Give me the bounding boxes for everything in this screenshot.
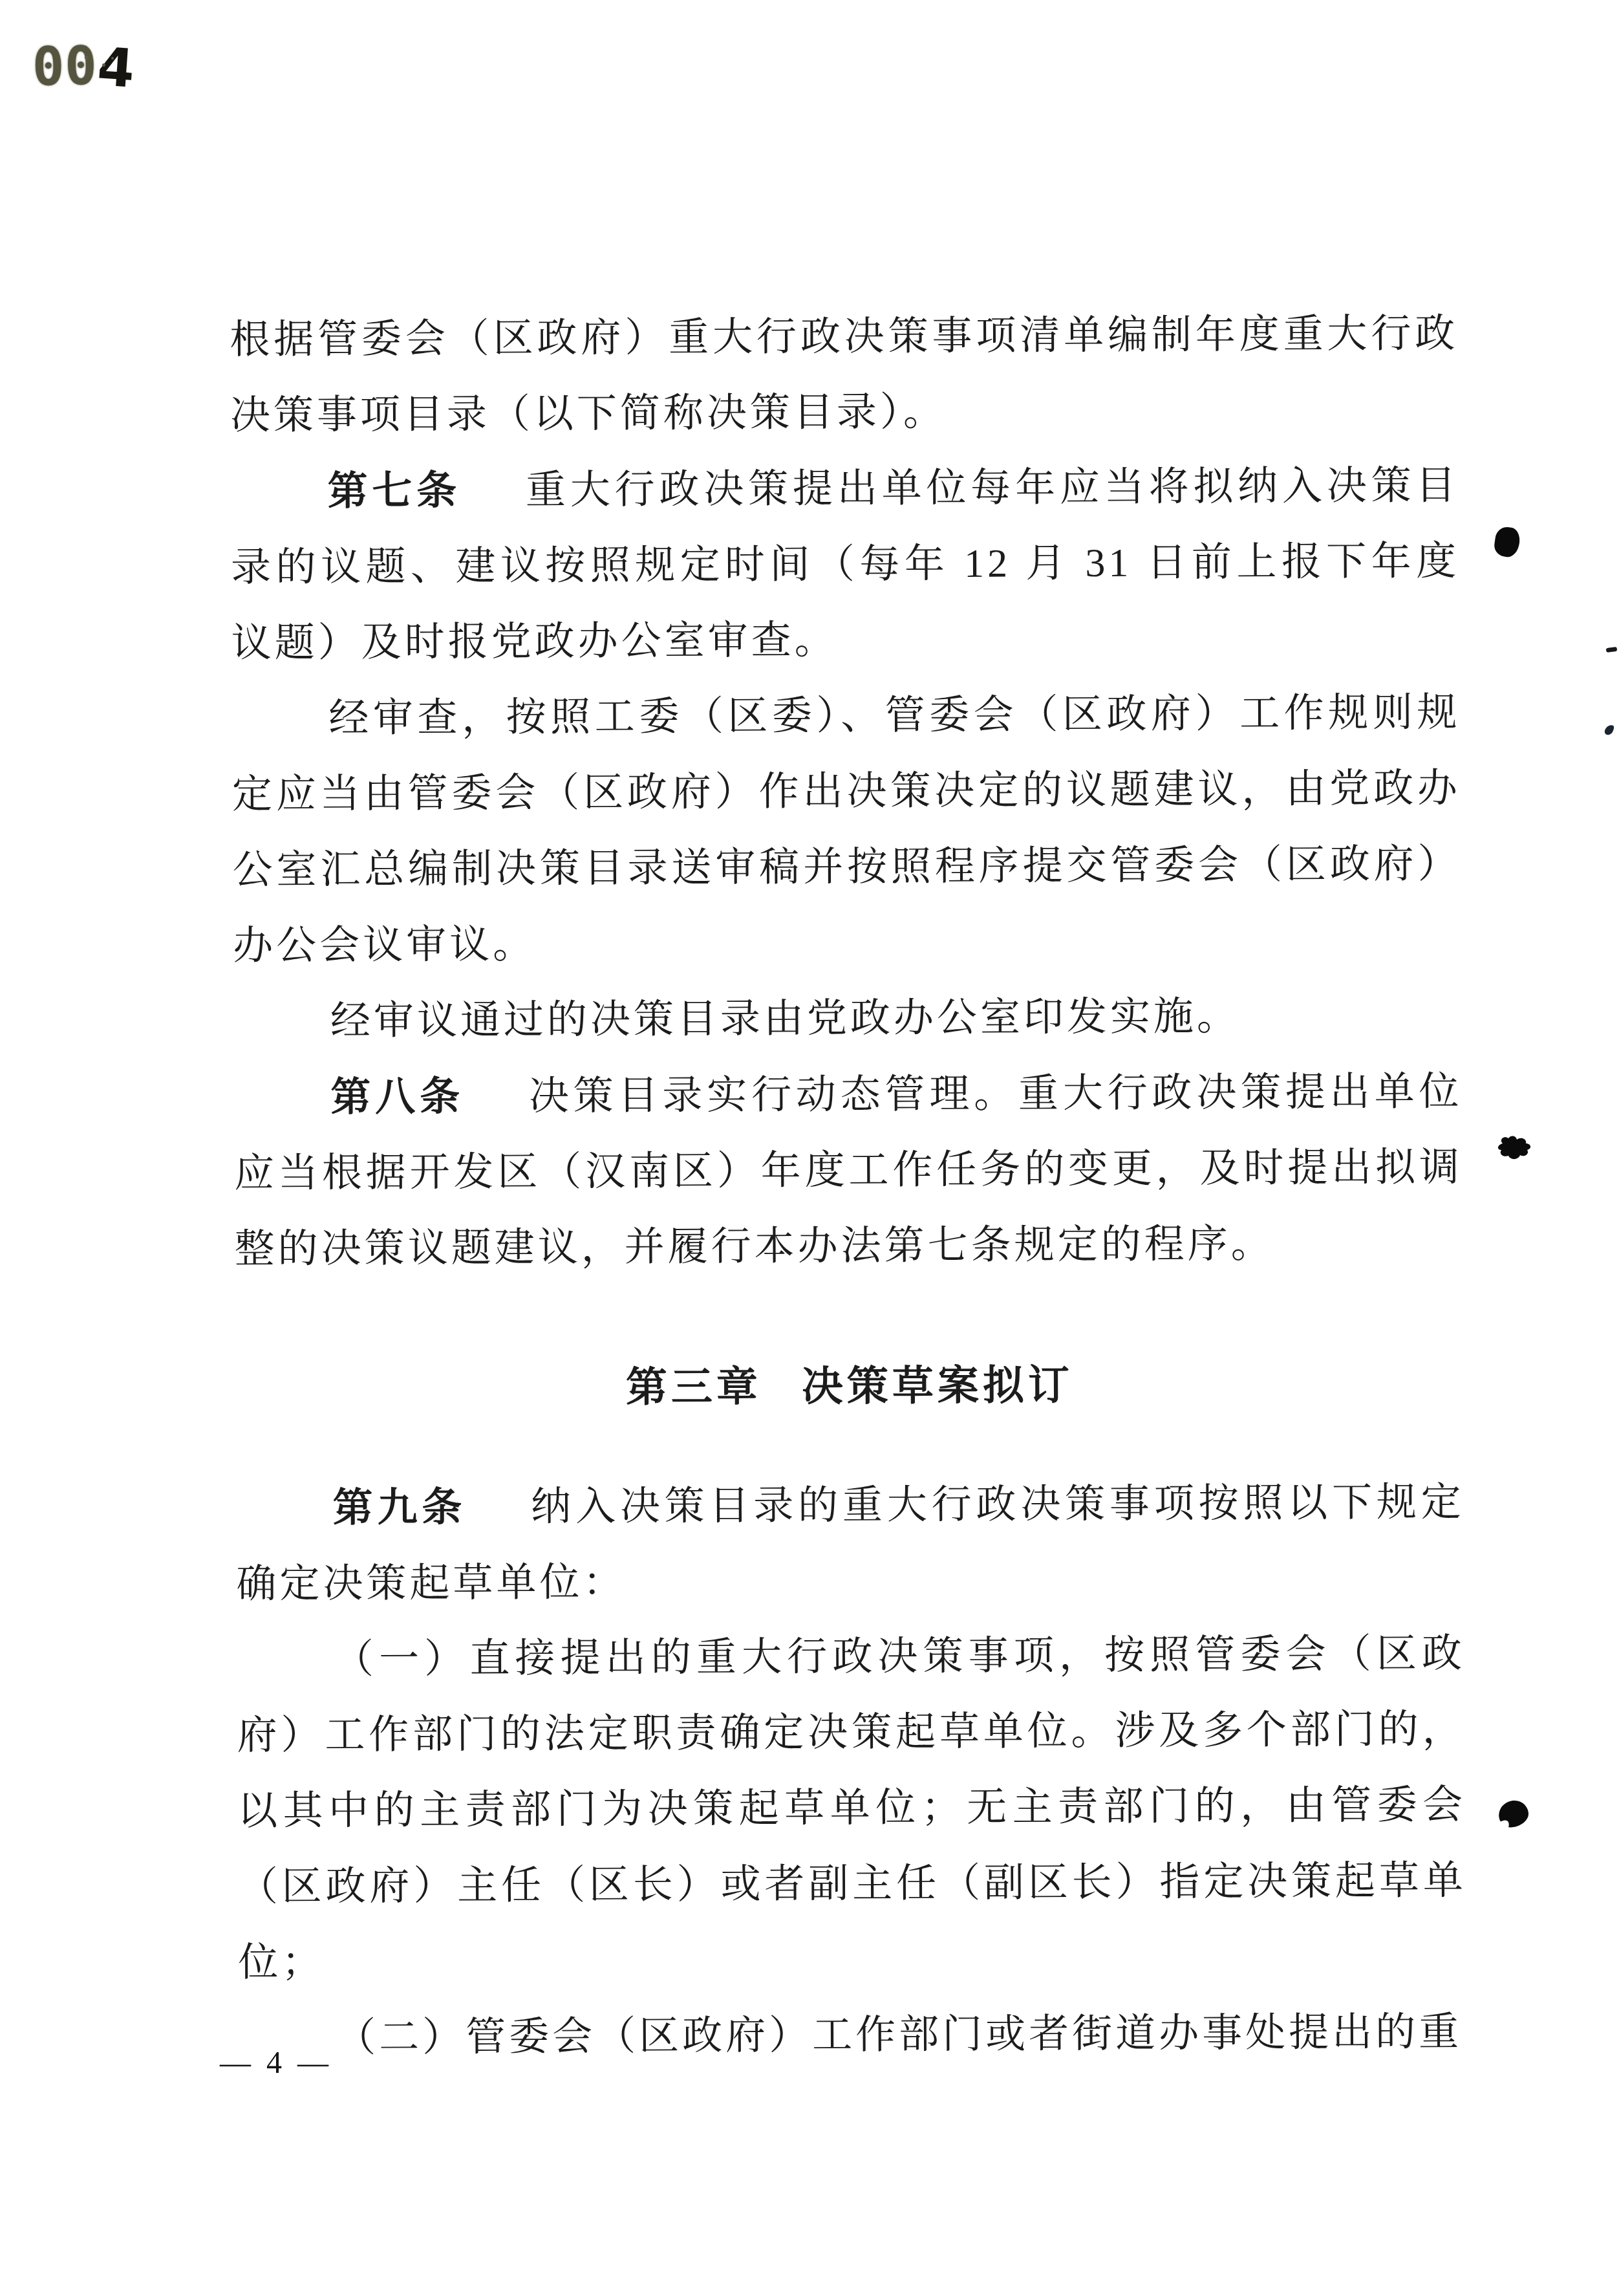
stray-ink-comma bbox=[1603, 723, 1616, 737]
paragraph: 根据管委会（区政府）重大行政决策事项清单编制年度重大行政决策事项目录（以下简称决… bbox=[230, 296, 1459, 454]
paragraph: 经审议通过的决策目录由党政办公室印发实施。 bbox=[233, 978, 1463, 1060]
article-number: 第七条 bbox=[327, 468, 461, 514]
ink-splatter-shape bbox=[1494, 1133, 1534, 1163]
stamp-digit-dark: 4 bbox=[96, 41, 137, 96]
paragraph-text: （一）直接提出的重大行政决策事项，按照管委会（区政府）工作部门的法定职责确定决策… bbox=[237, 1632, 1466, 1985]
dust-speck bbox=[102, 63, 105, 67]
paragraph-text: 经审议通过的决策目录由党政办公室印发实施。 bbox=[330, 995, 1240, 1043]
document-page: 004 根据管委会（区政府）重大行政决策事项清单编制年度重大行政决策事项目录（以… bbox=[0, 0, 1619, 2296]
ink-blob bbox=[1494, 1133, 1534, 1163]
paragraph: （一）直接提出的重大行政决策事项，按照管委会（区政府）工作部门的法定职责确定决策… bbox=[237, 1616, 1467, 2001]
paragraph: 第八条决策目录实行动态管理。重大行政决策提出单位应当根据开发区（汉南区）年度工作… bbox=[233, 1054, 1463, 1288]
dust-speck bbox=[111, 57, 114, 60]
page-stamp: 004 bbox=[32, 39, 135, 94]
article-number: 第九条 bbox=[333, 1485, 467, 1530]
paragraph-text: （二）管委会（区政府）工作部门或者街道办事处提出的重 bbox=[336, 2010, 1462, 2060]
dust-speck bbox=[85, 56, 89, 60]
paragraph-text: 经审查，按照工委（区委）、管委会（区政府）工作规则规定应当由管委会（区政府）作出… bbox=[232, 691, 1461, 968]
paragraph: （二）管委会（区政府）工作部门或者街道办事处提出的重 bbox=[239, 1995, 1468, 2077]
paragraph: 第九条纳入决策目录的重大行政决策事项按照以下规定确定决策起草单位： bbox=[235, 1464, 1464, 1623]
chapter-number: 第三章 bbox=[626, 1363, 762, 1411]
paragraph: 经审查，按照工委（区委）、管委会（区政府）工作规则规定应当由管委会（区政府）作出… bbox=[231, 675, 1461, 984]
page-number: — 4 — bbox=[220, 2046, 332, 2080]
chapter-heading: 第三章决策草案拟订 bbox=[235, 1345, 1464, 1427]
chapter-title: 决策草案拟订 bbox=[802, 1361, 1073, 1409]
stamp-digits-faded: 00 bbox=[32, 36, 98, 98]
document-body: 根据管委会（区政府）重大行政决策事项清单编制年度重大行政决策事项目录（以下简称决… bbox=[230, 296, 1467, 2077]
ink-blob bbox=[1493, 526, 1521, 559]
paragraph-text: 根据管委会（区政府）重大行政决策事项清单编制年度重大行政决策事项目录（以下简称决… bbox=[230, 312, 1458, 438]
article-number: 第八条 bbox=[330, 1074, 464, 1120]
ink-blob bbox=[1497, 1799, 1530, 1829]
paragraph: 第七条重大行政决策提出单位每年应当将拟纳入决策目录的议题、建议按照规定时间（每年… bbox=[230, 448, 1460, 682]
stray-ink-dash bbox=[1606, 647, 1618, 653]
